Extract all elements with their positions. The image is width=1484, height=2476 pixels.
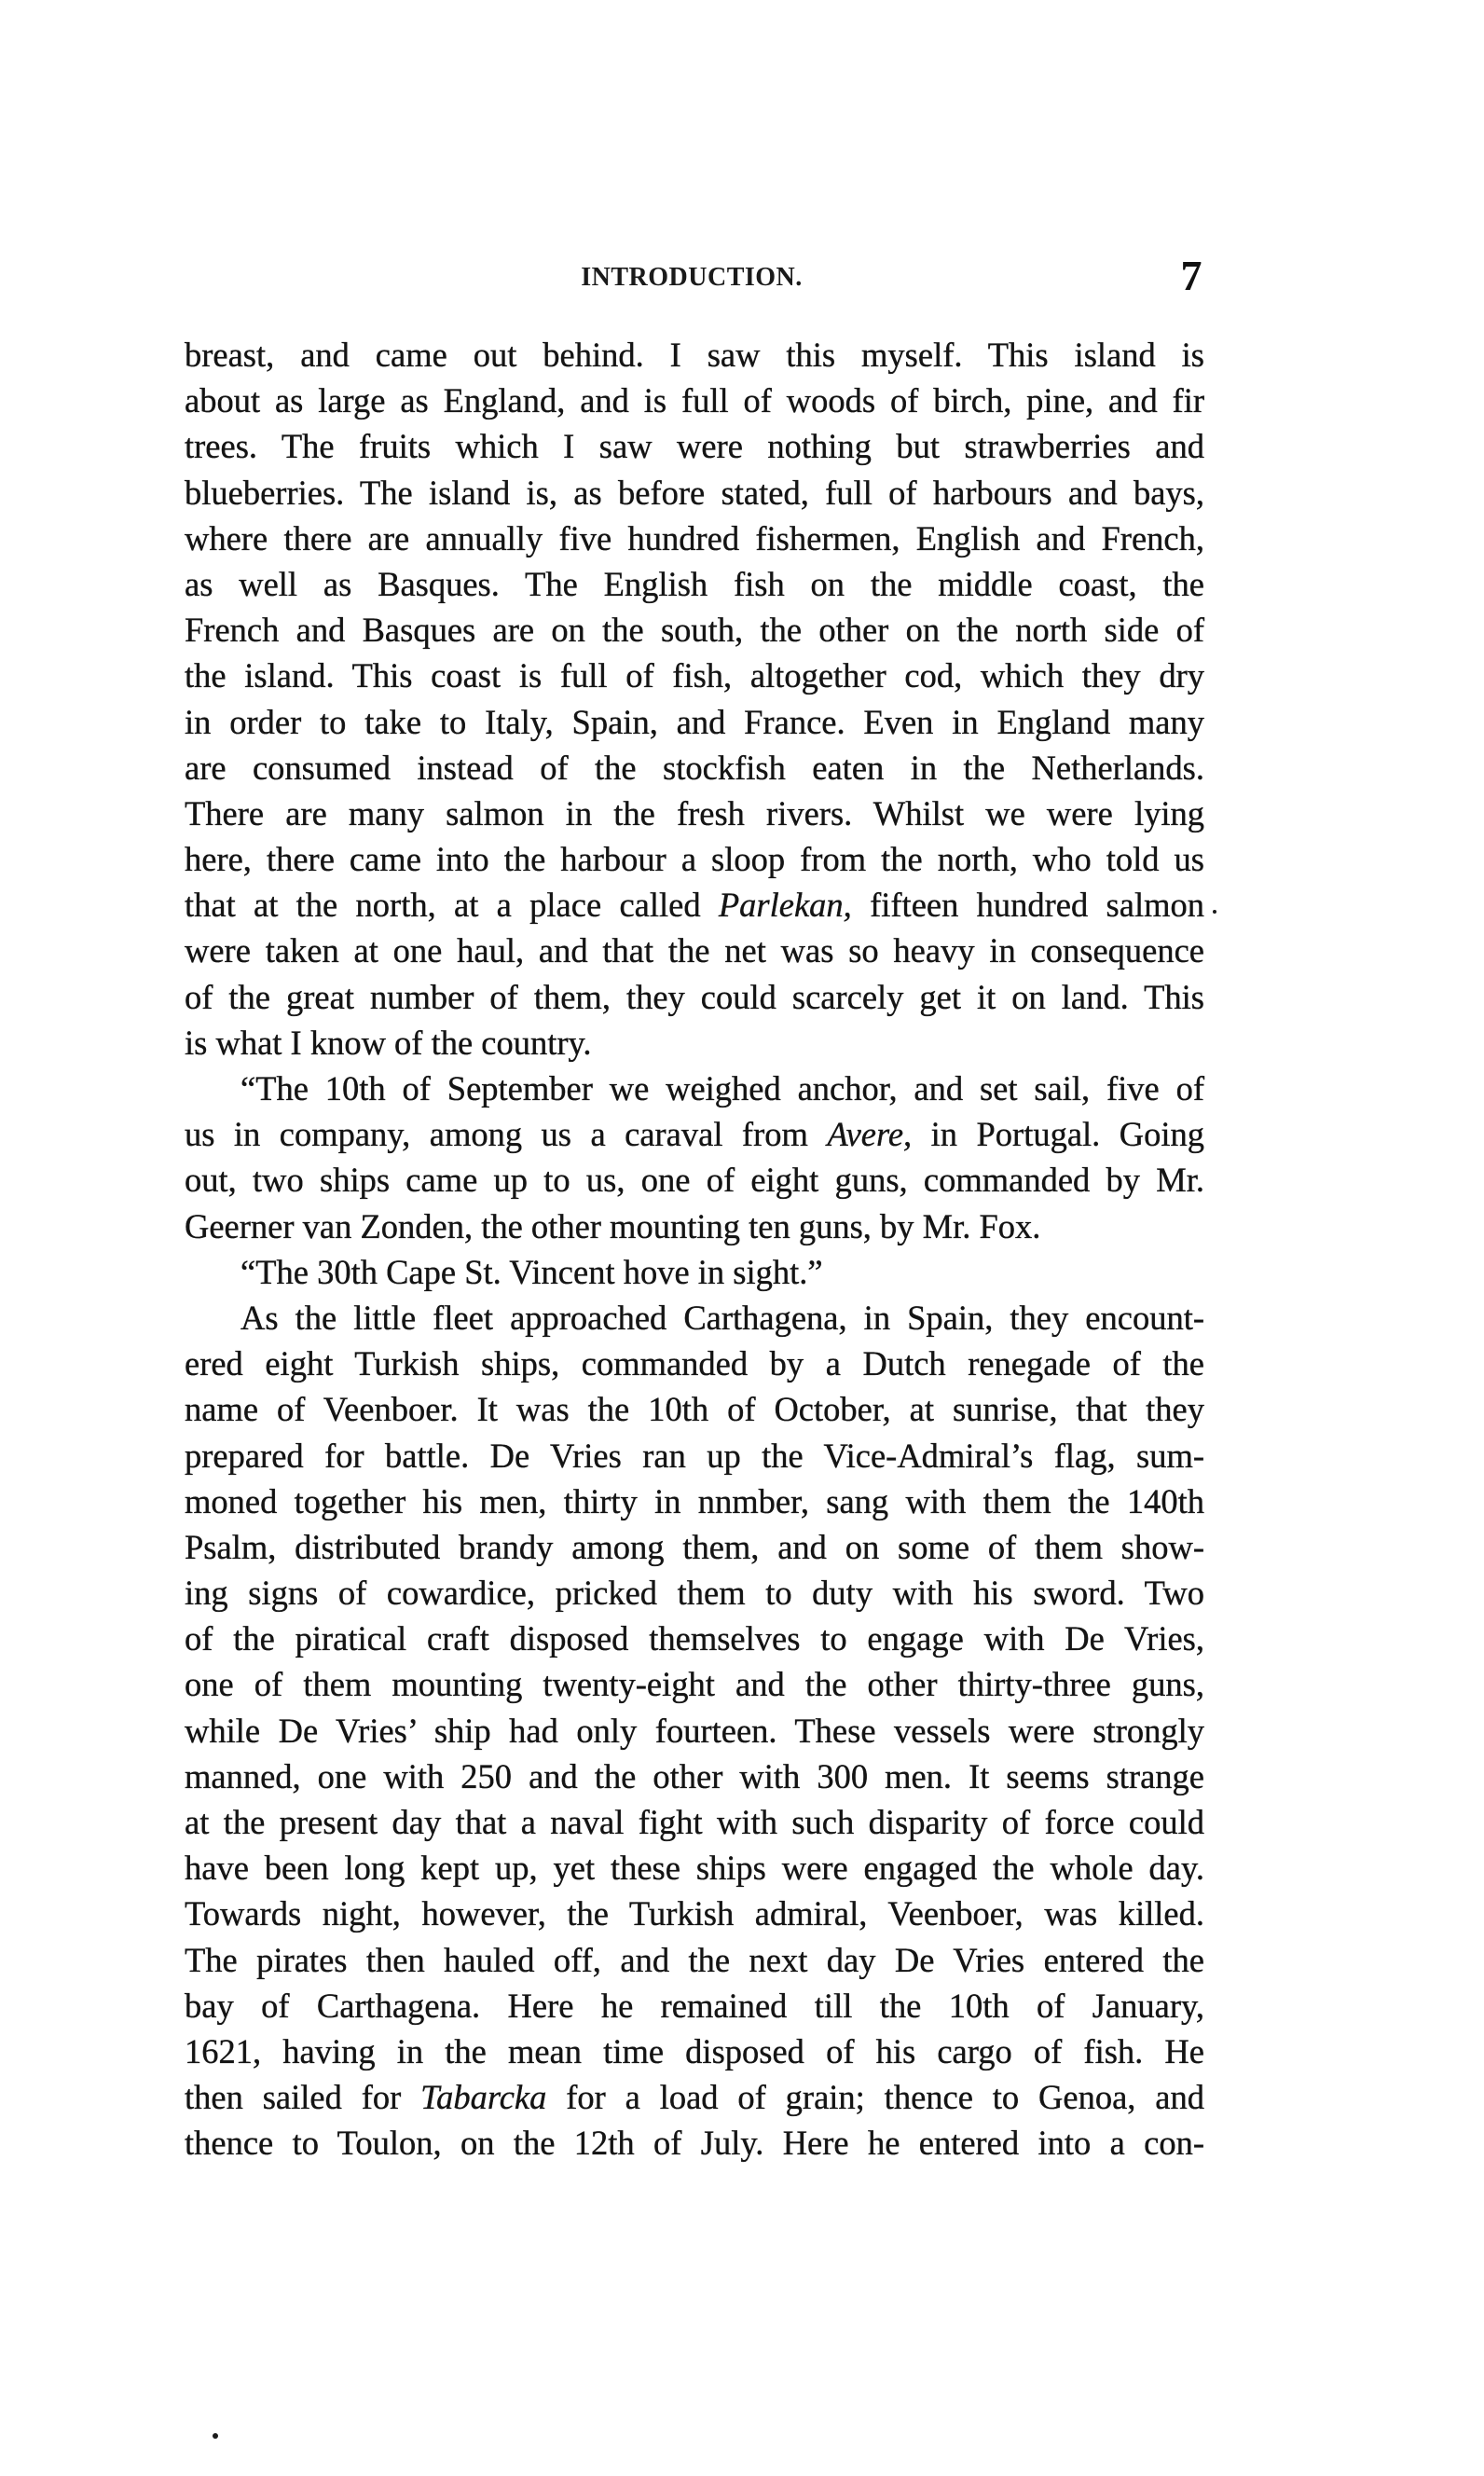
text-line: ing signs of cowardice, pricked them to … xyxy=(185,1570,1204,1616)
text-line: are consumed instead of the stockfish ea… xyxy=(185,745,1204,791)
text-line: here, there came into the harbour a sloo… xyxy=(185,836,1204,882)
text-line: “The 10th of September we weighed anchor… xyxy=(185,1066,1204,1111)
text-line: name of Veenboer. It was the 10th of Oct… xyxy=(185,1386,1204,1432)
ink-speck xyxy=(213,2433,218,2439)
text-line: the island. This coast is full of fish, … xyxy=(185,653,1204,698)
text-line: breast, and came out behind. I saw this … xyxy=(185,332,1204,378)
text-run: for a load of grain; thence to Genoa, an… xyxy=(546,2078,1204,2116)
text-run: in Portugal. Going xyxy=(912,1115,1204,1153)
book-page: INTRODUCTION. 7 breast, and came out beh… xyxy=(0,0,1484,2476)
text-line: about as large as England, and is full o… xyxy=(185,378,1204,423)
text-run: us in company, among us a caraval from xyxy=(185,1115,827,1153)
text-line: prepared for battle. De Vries ran up the… xyxy=(185,1433,1204,1479)
text-line: as well as Basques. The English fish on … xyxy=(185,561,1204,607)
italic-place-name: Avere, xyxy=(827,1115,912,1153)
text-line: is what I know of the country. xyxy=(185,1020,1204,1066)
page-number: 7 xyxy=(1176,254,1206,298)
text-line: at the present day that a naval fight wi… xyxy=(185,1799,1204,1845)
text-line: Geerner van Zonden, the other mounting t… xyxy=(185,1204,1204,1249)
text-line: have been long kept up, yet these ships … xyxy=(185,1845,1204,1891)
italic-place-name: Tabarcka xyxy=(420,2078,546,2116)
text-line: “The 30th Cape St. Vincent hove in sight… xyxy=(185,1249,1204,1295)
text-line: As the little fleet approached Carthagen… xyxy=(185,1295,1204,1341)
text-line: of the great number of them, they could … xyxy=(185,974,1204,1020)
text-line: in order to take to Italy, Spain, and Fr… xyxy=(185,699,1204,745)
text-line: of the piratical craft disposed themselv… xyxy=(185,1616,1204,1661)
text-line: ered eight Turkish ships, commanded by a… xyxy=(185,1341,1204,1386)
ink-speck xyxy=(1213,910,1216,914)
text-line: that at the north, at a place called Par… xyxy=(185,882,1204,928)
running-head: INTRODUCTION. xyxy=(559,261,824,295)
text-line: thence to Toulon, on the 12th of July. H… xyxy=(185,2120,1204,2166)
text-line: bay of Carthagena. Here he remained till… xyxy=(185,1983,1204,2029)
text-line: Psalm, distributed brandy among them, an… xyxy=(185,1524,1204,1570)
text-line: 1621, having in the mean time disposed o… xyxy=(185,2029,1204,2074)
text-line: out, two ships came up to us, one of eig… xyxy=(185,1157,1204,1203)
text-run: then sailed for xyxy=(185,2078,420,2116)
text-line: moned together his men, thirty in nnmber… xyxy=(185,1479,1204,1524)
text-run: fifteen hundred salmon xyxy=(852,886,1204,924)
text-run: that at the north, at a place called xyxy=(185,886,719,924)
text-line: The pirates then hauled off, and the nex… xyxy=(185,1937,1204,1983)
text-line: were taken at one haul, and that the net… xyxy=(185,928,1204,973)
text-line: There are many salmon in the fresh river… xyxy=(185,791,1204,836)
text-line: manned, one with 250 and the other with … xyxy=(185,1754,1204,1799)
text-line: Towards night, however, the Turkish admi… xyxy=(185,1891,1204,1936)
text-line: us in company, among us a caraval from A… xyxy=(185,1111,1204,1157)
body-text: breast, and came out behind. I saw this … xyxy=(185,332,1204,2166)
text-line: French and Basques are on the south, the… xyxy=(185,607,1204,653)
text-line: trees. The fruits which I saw were nothi… xyxy=(185,423,1204,469)
italic-place-name: Parlekan, xyxy=(719,886,852,924)
text-line: while De Vries’ ship had only fourteen. … xyxy=(185,1708,1204,1754)
text-line: one of them mounting twenty-eight and th… xyxy=(185,1661,1204,1707)
text-line: where there are annually five hundred fi… xyxy=(185,516,1204,561)
text-line: blueberries. The island is, as before st… xyxy=(185,470,1204,516)
text-line: then sailed for Tabarcka for a load of g… xyxy=(185,2074,1204,2120)
